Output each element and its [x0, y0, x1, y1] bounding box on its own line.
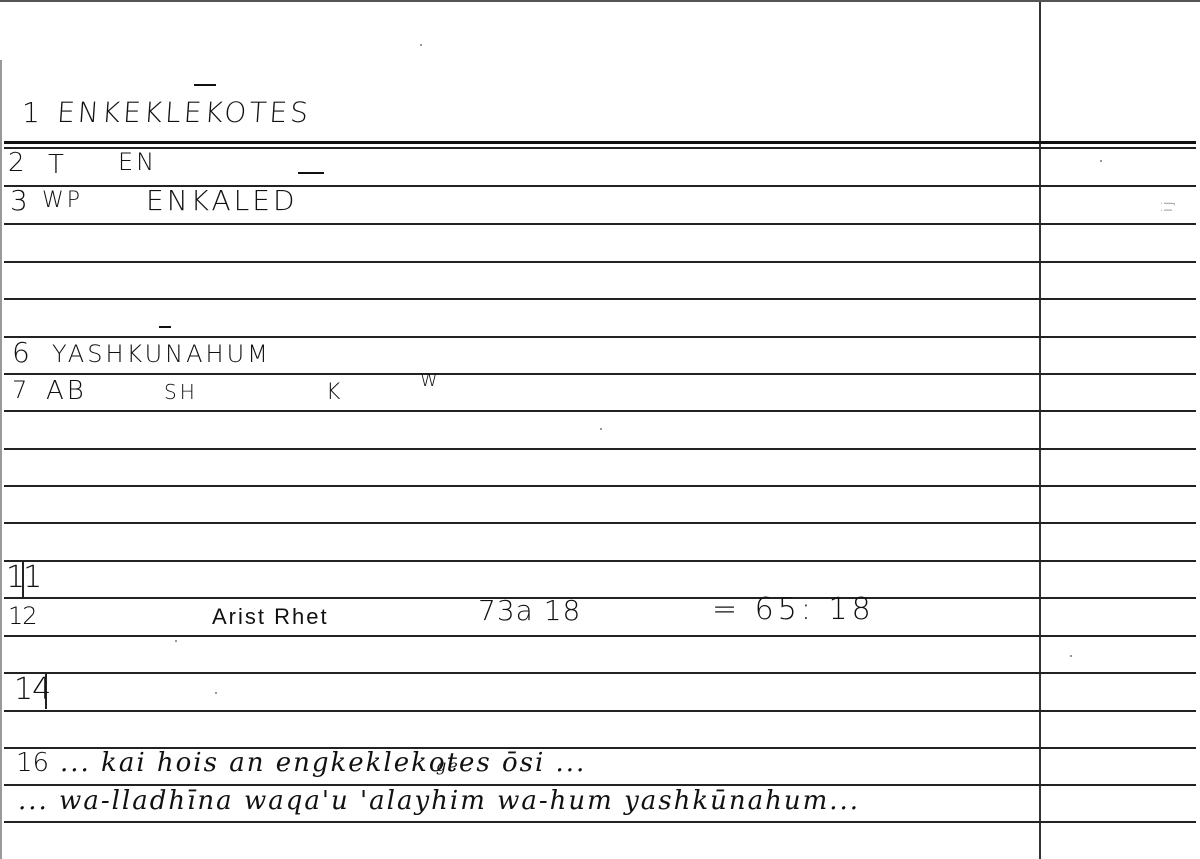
macron-mark — [194, 84, 216, 86]
row-3-number: 3 — [10, 184, 31, 217]
rule-line — [4, 298, 1196, 300]
card-left-edge — [0, 60, 2, 859]
rule-line — [4, 373, 1196, 375]
rule-line — [4, 448, 1196, 450]
macron-mark — [159, 326, 171, 328]
row-17-arabic-quotation: ... wa-lladhīna waqa'u 'alayhim wa-hum y… — [18, 786, 860, 816]
scan-speck — [215, 692, 217, 694]
row-12-equivalence: = 65: 18 — [712, 592, 875, 627]
macron-mark — [298, 172, 324, 174]
rule-line — [4, 522, 1196, 524]
rule-line — [4, 141, 1196, 144]
row-1-number: 1 — [22, 96, 43, 129]
row-3-cell-a: WP — [42, 188, 83, 213]
rule-line — [4, 336, 1196, 338]
scan-speck — [1100, 160, 1102, 162]
row-14-number: 14 — [14, 672, 50, 707]
row-7-cell-b: SH — [164, 380, 198, 404]
rule-line — [4, 410, 1196, 412]
rule-line — [4, 635, 1196, 637]
scan-speck — [420, 44, 422, 46]
row-1-headword: ENKEKLEKOTES — [56, 96, 312, 129]
rule-line — [4, 597, 1196, 599]
row-16-greek-quotation: ... kai hois an engkeklekotes ōsi ... — [60, 748, 586, 778]
rule-line — [4, 223, 1196, 225]
row-7-number: 7 — [12, 376, 30, 404]
row-6-headword: YASHKUNAHUM — [52, 340, 271, 368]
rule-line — [4, 485, 1196, 487]
row-16-number: 16 — [16, 748, 49, 778]
rule-line — [4, 710, 1196, 712]
row-6-number: 6 — [12, 336, 33, 369]
row-11-number: 11 — [6, 560, 40, 595]
row-2-number: 2 — [8, 148, 28, 178]
row-12-number: 12 — [8, 602, 37, 630]
rule-line — [4, 821, 1196, 823]
row-7-cell-d: W — [420, 370, 441, 391]
rule-line — [4, 672, 1196, 674]
supralinear-insertion: ge — [436, 756, 460, 775]
row-12-reference: 73a 18 — [478, 594, 581, 627]
row-7-cell-a: AB — [46, 376, 87, 406]
row-2-cell-b: EN — [118, 148, 157, 176]
index-card: 1 ENKEKLEKOTES 2 T EN 3 WP ENKALED 6 YAS… — [0, 0, 1200, 859]
rule-line — [4, 560, 1196, 562]
row-7-cell-c: K — [326, 380, 343, 405]
row-12-source: Arist Rhet — [212, 604, 329, 630]
card-top-edge — [0, 0, 1200, 2]
rule-line — [4, 147, 1196, 149]
margin-column-divider — [1039, 2, 1041, 859]
margin-mark: ij — [1160, 198, 1176, 212]
row-3-cell-b: ENKALED — [146, 184, 298, 217]
scan-speck — [1070, 655, 1072, 657]
scan-speck — [175, 640, 177, 642]
row-2-cell-a: T — [48, 150, 67, 180]
rule-line — [4, 261, 1196, 263]
scan-speck — [600, 428, 602, 430]
